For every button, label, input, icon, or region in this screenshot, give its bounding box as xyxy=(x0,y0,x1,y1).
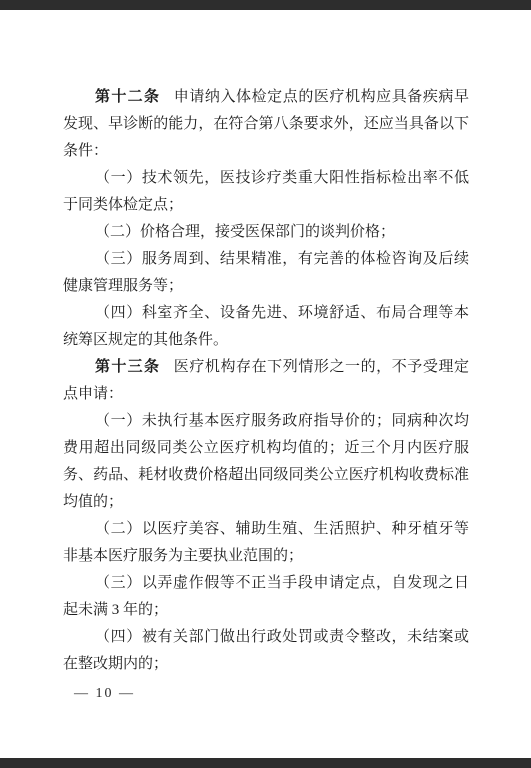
document-body: 第十二条申请纳入体检定点的医疗机构应具备疾病早发现、早诊断的能力，在符合第八条要… xyxy=(63,84,469,678)
paragraph: （二）价格合理，接受医保部门的谈判价格； xyxy=(63,219,469,246)
paragraph-text: （一）技术领先，医技诊疗类重大阳性指标检出率不低于同类体检定点； xyxy=(63,170,469,213)
scan-edge-top xyxy=(0,0,531,10)
scanned-document-page: 第十二条申请纳入体检定点的医疗机构应具备疾病早发现、早诊断的能力，在符合第八条要… xyxy=(0,0,531,768)
paragraph: （三）以弄虚作假等不正当手段申请定点，自发现之日起未满 3 年的； xyxy=(63,570,469,624)
paragraph: （三）服务周到、结果精准，有完善的体检咨询及后续健康管理服务等； xyxy=(63,246,469,300)
paragraph-text: （三）以弄虚作假等不正当手段申请定点，自发现之日起未满 3 年的； xyxy=(63,575,469,618)
paragraph-text: （二）价格合理，接受医保部门的谈判价格； xyxy=(95,224,395,240)
paragraph: （四）科室齐全、设备先进、环境舒适、布局合理等本统筹区规定的其他条件。 xyxy=(63,300,469,354)
scan-edge-bottom xyxy=(0,758,531,768)
paragraph-text: （一）未执行基本医疗服务政府指导价的；同病种次均费用超出同级同类公立医疗机构均值… xyxy=(63,413,469,510)
article-number: 第十三条 xyxy=(95,359,160,375)
paragraph: 第十二条申请纳入体检定点的医疗机构应具备疾病早发现、早诊断的能力，在符合第八条要… xyxy=(63,84,469,165)
paragraph-text: （四）被有关部门做出行政处罚或责令整改，未结案或在整改期内的； xyxy=(63,629,469,672)
article-number: 第十二条 xyxy=(95,89,160,105)
page-number: — 10 — xyxy=(74,684,135,704)
paragraph: （一）技术领先，医技诊疗类重大阳性指标检出率不低于同类体检定点； xyxy=(63,165,469,219)
paragraph-text: （四）科室齐全、设备先进、环境舒适、布局合理等本统筹区规定的其他条件。 xyxy=(63,305,469,348)
paragraph: 第十三条医疗机构存在下列情形之一的，不予受理定点申请： xyxy=(63,354,469,408)
paragraph: （四）被有关部门做出行政处罚或责令整改，未结案或在整改期内的； xyxy=(63,624,469,678)
paragraph: （二）以医疗美容、辅助生殖、生活照护、种牙植牙等非基本医疗服务为主要执业范围的； xyxy=(63,516,469,570)
paragraph-text: （三）服务周到、结果精准，有完善的体检咨询及后续健康管理服务等； xyxy=(63,251,469,294)
paragraph: （一）未执行基本医疗服务政府指导价的；同病种次均费用超出同级同类公立医疗机构均值… xyxy=(63,408,469,516)
paragraph-text: （二）以医疗美容、辅助生殖、生活照护、种牙植牙等非基本医疗服务为主要执业范围的； xyxy=(63,521,469,564)
